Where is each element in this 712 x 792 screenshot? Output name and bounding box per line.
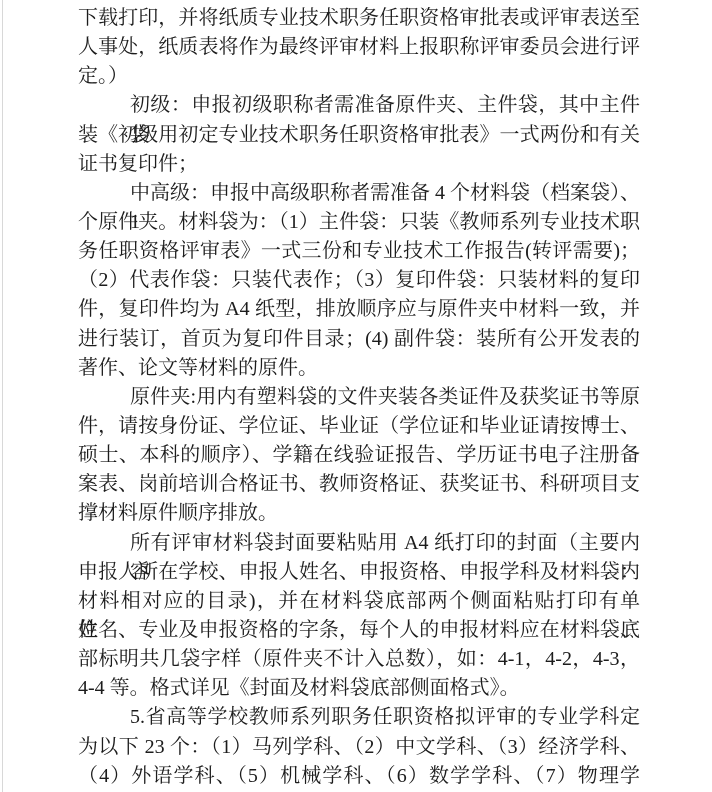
page-left-edge-line: [2, 0, 3, 792]
text-line: 案表、岗前培训合格证书、教师资格证、获奖证书、科研项目支: [78, 470, 640, 499]
text-line: 证书复印件；: [78, 150, 640, 179]
document-text-block: 下载打印，并将纸质专业技术职务任职资格审批表或评审表送至人事处，纸质表将作为最终…: [78, 4, 640, 791]
text-line: 著作、论文等材料的原件。: [78, 354, 640, 383]
text-line: 4-4 等。格式详见《封面及材料袋底部侧面格式》。: [78, 674, 640, 703]
text-line: 部标明共几袋字样（原件夹不计入总数），如：4-1，4-2，4-3，: [78, 645, 640, 674]
document-page: 下载打印，并将纸质专业技术职务任职资格审批表或评审表送至人事处，纸质表将作为最终…: [0, 0, 712, 792]
text-line: 装《初级用初定专业技术职务任职资格审批表》一式两份和有关: [78, 121, 640, 150]
text-line: 原件夹:用内有塑料袋的文件夹装各类证件及获奖证书等原: [78, 383, 640, 412]
text-line: 5.省高等学校教师系列职务任职资格拟评审的专业学科定: [78, 703, 640, 732]
text-line: 下载打印，并将纸质专业技术职务任职资格审批表或评审表送至: [78, 4, 640, 33]
text-line: 所有评审材料袋封面要粘贴用 A4 纸打印的封面（主要内容：: [78, 529, 640, 558]
text-line: （2）代表作袋：只装代表作；（3）复印件袋：只装材料的复印: [78, 266, 640, 295]
text-line: 姓名、专业及申报资格的字条，每个人的申报材料应在材料袋底: [78, 616, 640, 645]
text-line: 撑材料原件顺序排放。: [78, 499, 640, 528]
text-line: 为以下 23 个：（1）马列学科、（2）中文学科、（3）经济学科、: [78, 733, 640, 762]
text-line: 进行装订，首页为复印件目录；(4) 副件袋：装所有公开发表的: [78, 325, 640, 354]
text-line: 人事处，纸质表将作为最终评审材料上报职称评审委员会进行评: [78, 33, 640, 62]
text-line: 件，请按身份证、学位证、毕业证（学位证和毕业证请按博士、: [78, 412, 640, 441]
text-line: 硕士、本科的顺序）、学籍在线验证报告、学历证书电子注册备: [78, 441, 640, 470]
text-line: 件，复印件均为 A4 纸型，排放顺序应与原件夹中材料一致，并: [78, 295, 640, 324]
text-line: 申报人所在学校、申报人姓名、申报资格、申报学科及材料袋内: [78, 558, 640, 587]
text-line: 初级：申报初级职称者需准备原件夹、主件袋，其中主件袋: [78, 91, 640, 120]
text-line: 务任职资格评审表》一式三份和专业技术工作报告(转评需要)；: [78, 237, 640, 266]
text-line: 个原件夹。材料袋为：（1）主件袋：只装《教师系列专业技术职: [78, 208, 640, 237]
text-line: 定。）: [78, 62, 640, 91]
text-line: 中高级：申报中高级职称者需准备 4 个材料袋（档案袋）、1: [78, 179, 640, 208]
text-line: （4）外语学科、（5）机械学科、（6）数学学科、（7）物理学科、: [78, 762, 640, 791]
text-line: 材料相对应的目录)，并在材料袋底部两个侧面粘贴打印有单位、: [78, 587, 640, 616]
